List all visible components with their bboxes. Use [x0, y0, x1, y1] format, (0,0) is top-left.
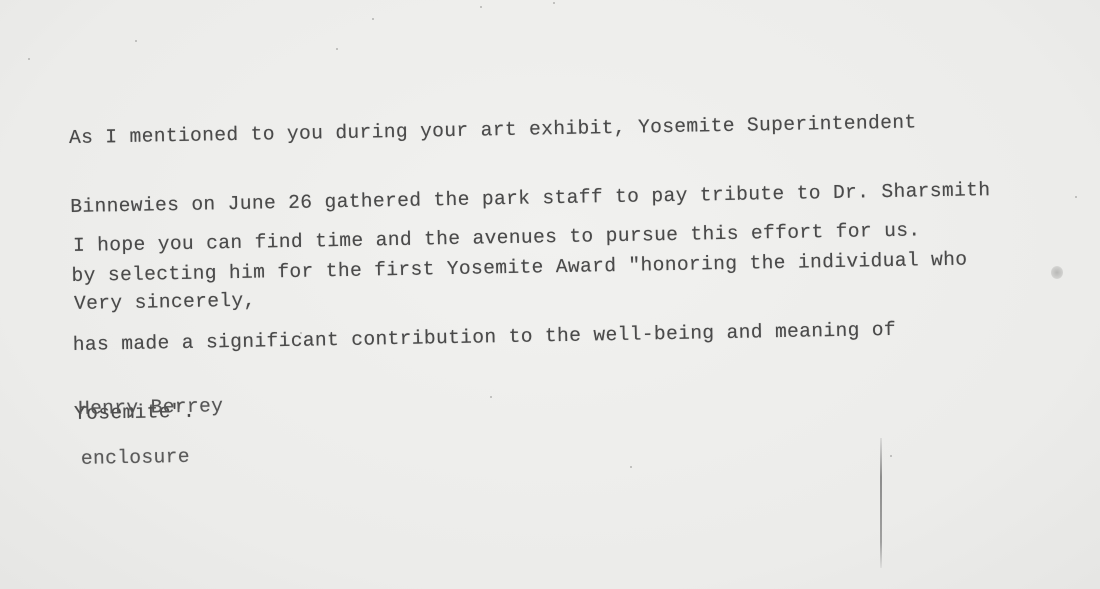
paper-speck — [630, 466, 632, 468]
paper-fold-line — [880, 438, 882, 568]
paper-speck — [336, 48, 338, 50]
text-line: has made a significant contribution to t… — [73, 315, 1073, 358]
paper-speck — [490, 396, 492, 398]
paper-speck — [135, 40, 137, 42]
text-line: As I mentioned to you during your art ex… — [69, 108, 1069, 151]
text-line: Yosemite". — [74, 384, 1074, 427]
paper-speck — [890, 455, 892, 457]
scanned-letter-page: As I mentioned to you during your art ex… — [0, 0, 1100, 589]
paper-speck — [28, 58, 30, 60]
paper-speck — [480, 6, 482, 8]
paper-smudge — [1051, 266, 1063, 279]
enclosure-note: enclosure — [81, 446, 190, 470]
text-line: Binnewies on June 26 gathered the park s… — [70, 177, 1070, 220]
paper-speck — [1075, 196, 1077, 198]
paper-speck — [372, 18, 374, 20]
closing-salutation: Very sincerely, — [74, 290, 256, 315]
signature-name: Henry Berrey — [78, 395, 224, 420]
letter-body: As I mentioned to you during your art ex… — [68, 64, 1075, 471]
paper-speck — [553, 2, 555, 4]
paper-speck — [300, 332, 302, 334]
